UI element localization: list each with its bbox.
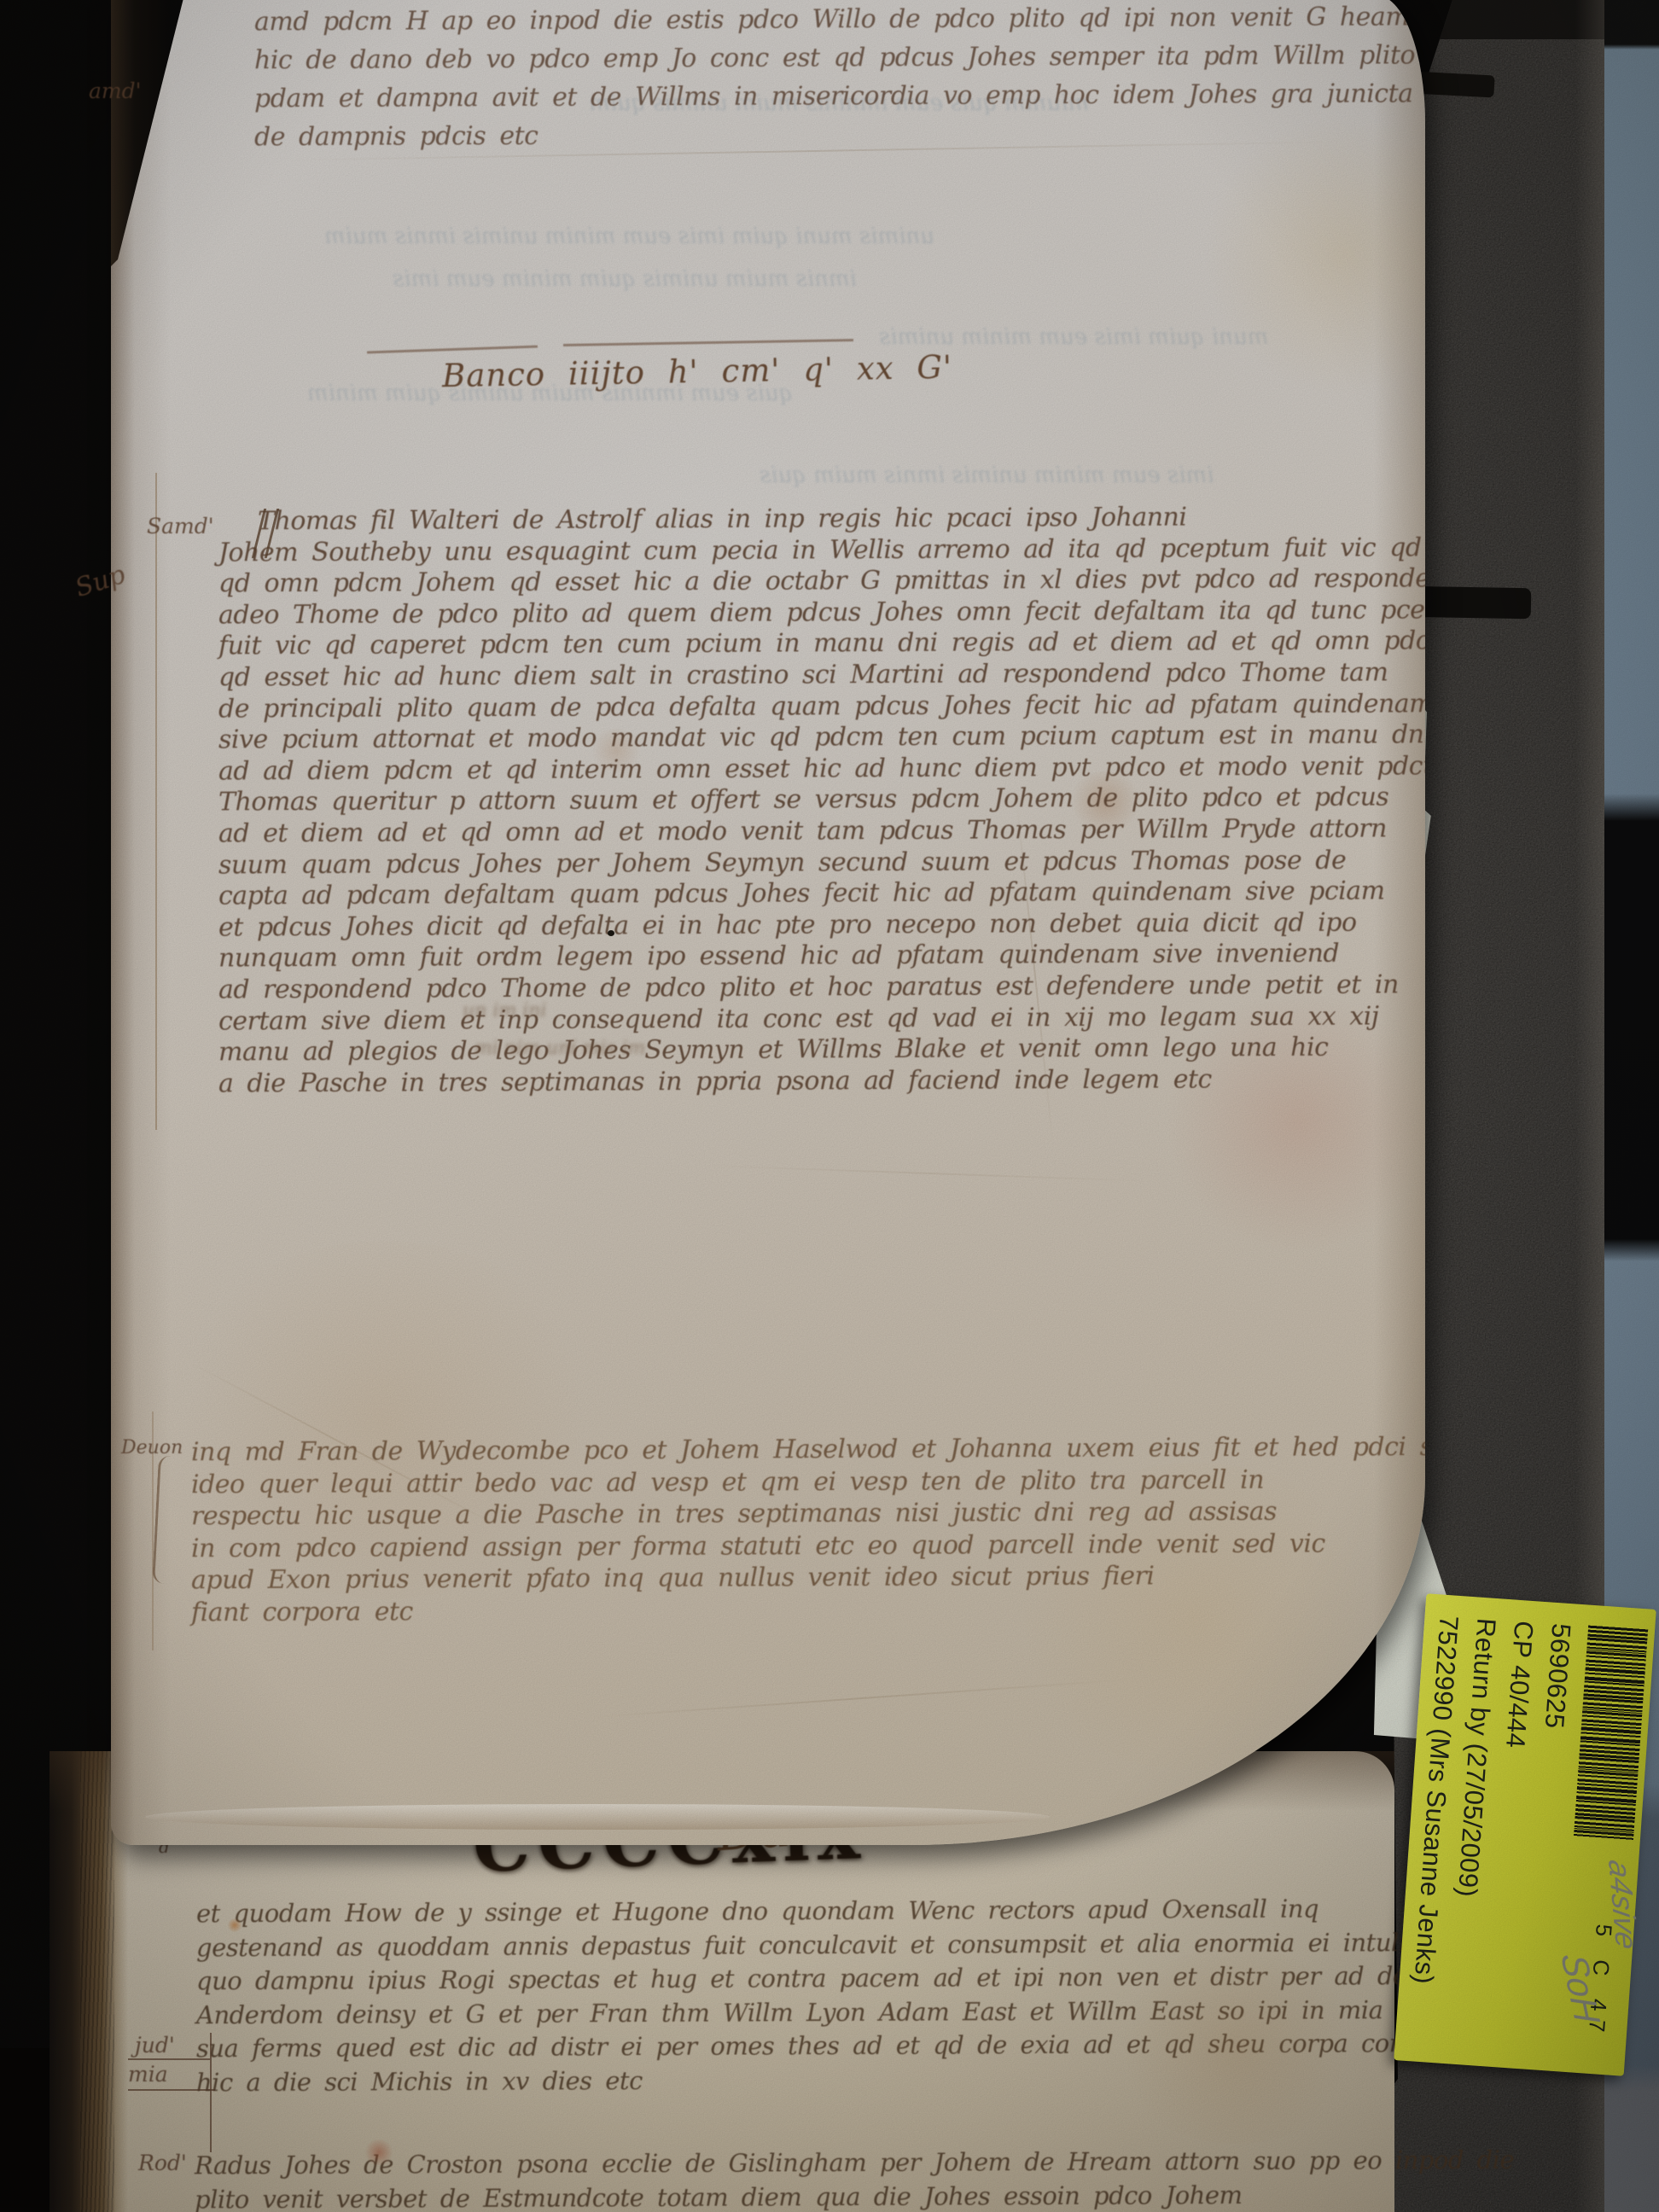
manuscript-line: inq md Fran de Wydecombe pco et Johem Ha… <box>191 1431 1425 1469</box>
manuscript-line: ad et diem ad et qd omn ad et modo venit… <box>218 813 1425 850</box>
verso-showthrough: imnis muim unimis quim minim eum imis <box>393 266 857 292</box>
manuscript-line: respectu hic usque a die Pasche in tres … <box>191 1495 1425 1533</box>
manuscript-line: pdam et dampna avit et de Willms in mise… <box>254 74 1425 118</box>
stain-spot <box>227 1918 242 1932</box>
manuscript-line: qd esset hic ad hunc diem salt in crasti… <box>218 657 1425 694</box>
manuscript-line: suum quam pdcus Johes per Johem Seymyn s… <box>218 844 1425 881</box>
water-stain <box>1108 1947 1364 2144</box>
stain-spot <box>364 2139 394 2165</box>
manuscript-line: capta ad pdcam defaltam quam pdcus Johes… <box>218 876 1425 912</box>
margin-note-mia: mia <box>128 2062 168 2087</box>
manuscript-line: amd pdcm H ap eo inpod die estis pdco Wi… <box>254 0 1425 41</box>
lower-text-block: inq md Fran de Wydecombe pco et Johem Ha… <box>191 1434 1425 1626</box>
margin-note-lower: Deuon <box>121 1437 183 1458</box>
verso-showthrough: unimis muni quim imis eum minim unimis i… <box>324 224 934 249</box>
heading-flourish-stroke <box>367 346 538 354</box>
manuscript-line: in com pdco capiend assign per forma sta… <box>191 1527 1425 1564</box>
top-fragment-text-block: amd pdcm H ap eo inpod die estis pdco Wi… <box>254 0 1425 154</box>
manuscript-line: Johem Southeby unu esquagint cum pecia i… <box>218 532 1425 568</box>
manuscript-line: fuit vic qd caperet pdcm ten cum pcium i… <box>218 626 1425 662</box>
manuscript-line: certam sive diem et inp consequend ita c… <box>218 1000 1425 1037</box>
margin-note-jud: jud' <box>135 2033 175 2058</box>
manuscript-line: de principali plito quam de pdca defalta… <box>218 688 1425 725</box>
main-text-block: Thomas fil Walteri de Astrolf alias in i… <box>218 504 1425 1097</box>
manuscript-line: sive pcium attornat et modo mandat vic q… <box>218 719 1425 756</box>
margin-bracket-line <box>210 2033 212 2152</box>
manuscript-line: qd omn pdcm Johem qd esset hic a die oct… <box>218 563 1425 600</box>
ink-fleck <box>608 930 614 936</box>
margin-rule-stroke <box>128 2058 210 2060</box>
manuscript-line: Thomas fil Walteri de Astrolf alias in i… <box>258 501 1425 538</box>
verso-showthrough: muni quim imis eum minim unimis <box>879 324 1268 350</box>
parchment-top-membrane: miunim quis eum imninis muim unimis quim… <box>111 0 1425 1845</box>
manuscript-line: manu ad plegios de lego Johes Seymyn et … <box>218 1032 1425 1068</box>
term-heading: Banco iiijto h' cm' q' xx G' <box>442 349 953 394</box>
water-stain <box>1203 114 1425 396</box>
manuscript-line: nunquam omn fuit ordm legem ipo essend h… <box>218 938 1425 975</box>
ruled-margin-line <box>155 473 157 1130</box>
manuscript-line: apud Exon prius venerit pfato inq qua nu… <box>191 1559 1425 1597</box>
label-content: 5 C 47 a4sive SoH 5690625 CP 40/444 Retu… <box>1394 1593 1656 2075</box>
archival-request-label: 5 C 47 a4sive SoH 5690625 CP 40/444 Retu… <box>1394 1593 1656 2075</box>
manuscript-line: plito venit versbet de Estmundcote totam… <box>195 2177 1514 2212</box>
spine-striations <box>80 1751 114 2212</box>
manuscript-line: de dampnis pdcis etc <box>254 113 1425 156</box>
heading-flourish-stroke <box>563 339 853 346</box>
manuscript-line: ad respondend pdco Thome de pdco plito e… <box>218 969 1425 1006</box>
manuscript-line: Thomas queritur p attorn suum et offert … <box>218 782 1425 818</box>
margin-note-top: amd' <box>89 79 142 103</box>
ink-smudge: un im ini <box>463 1000 546 1022</box>
margin-rule-stroke <box>128 2089 215 2091</box>
manuscript-line: hic de dano deb vo pdco emp Jo conc est … <box>254 36 1425 79</box>
margin-note-rot: Rod' <box>138 2151 187 2175</box>
manuscript-line: a die Pasche in tres septimanas in ppria… <box>218 1062 1425 1099</box>
manuscript-line: fiant corpora etc <box>191 1591 1425 1628</box>
manuscript-line: et quodam How de y ssinge et Hugone dno … <box>196 1892 1464 1931</box>
verso-showthrough: imis eum minim unimis imnis muim quis <box>760 463 1214 488</box>
bottom-edge-curl <box>145 1804 1050 1830</box>
label-printed-lines: 5690625 CP 40/444 Return by (27/05/2009)… <box>1405 1615 1580 1994</box>
barcode <box>1574 1626 1648 1841</box>
ink-smudge: mi nim uni mis im <box>474 1038 645 1059</box>
photograph-of-plea-roll: CCCCxix Dand' d et quodam How de y ssing… <box>0 0 1659 2212</box>
margin-note-county: Samd' <box>147 514 214 538</box>
manuscript-line: ideo quer lequi attir bedo vac ad vesp e… <box>191 1463 1425 1500</box>
parchment-crease <box>708 1165 1152 1182</box>
